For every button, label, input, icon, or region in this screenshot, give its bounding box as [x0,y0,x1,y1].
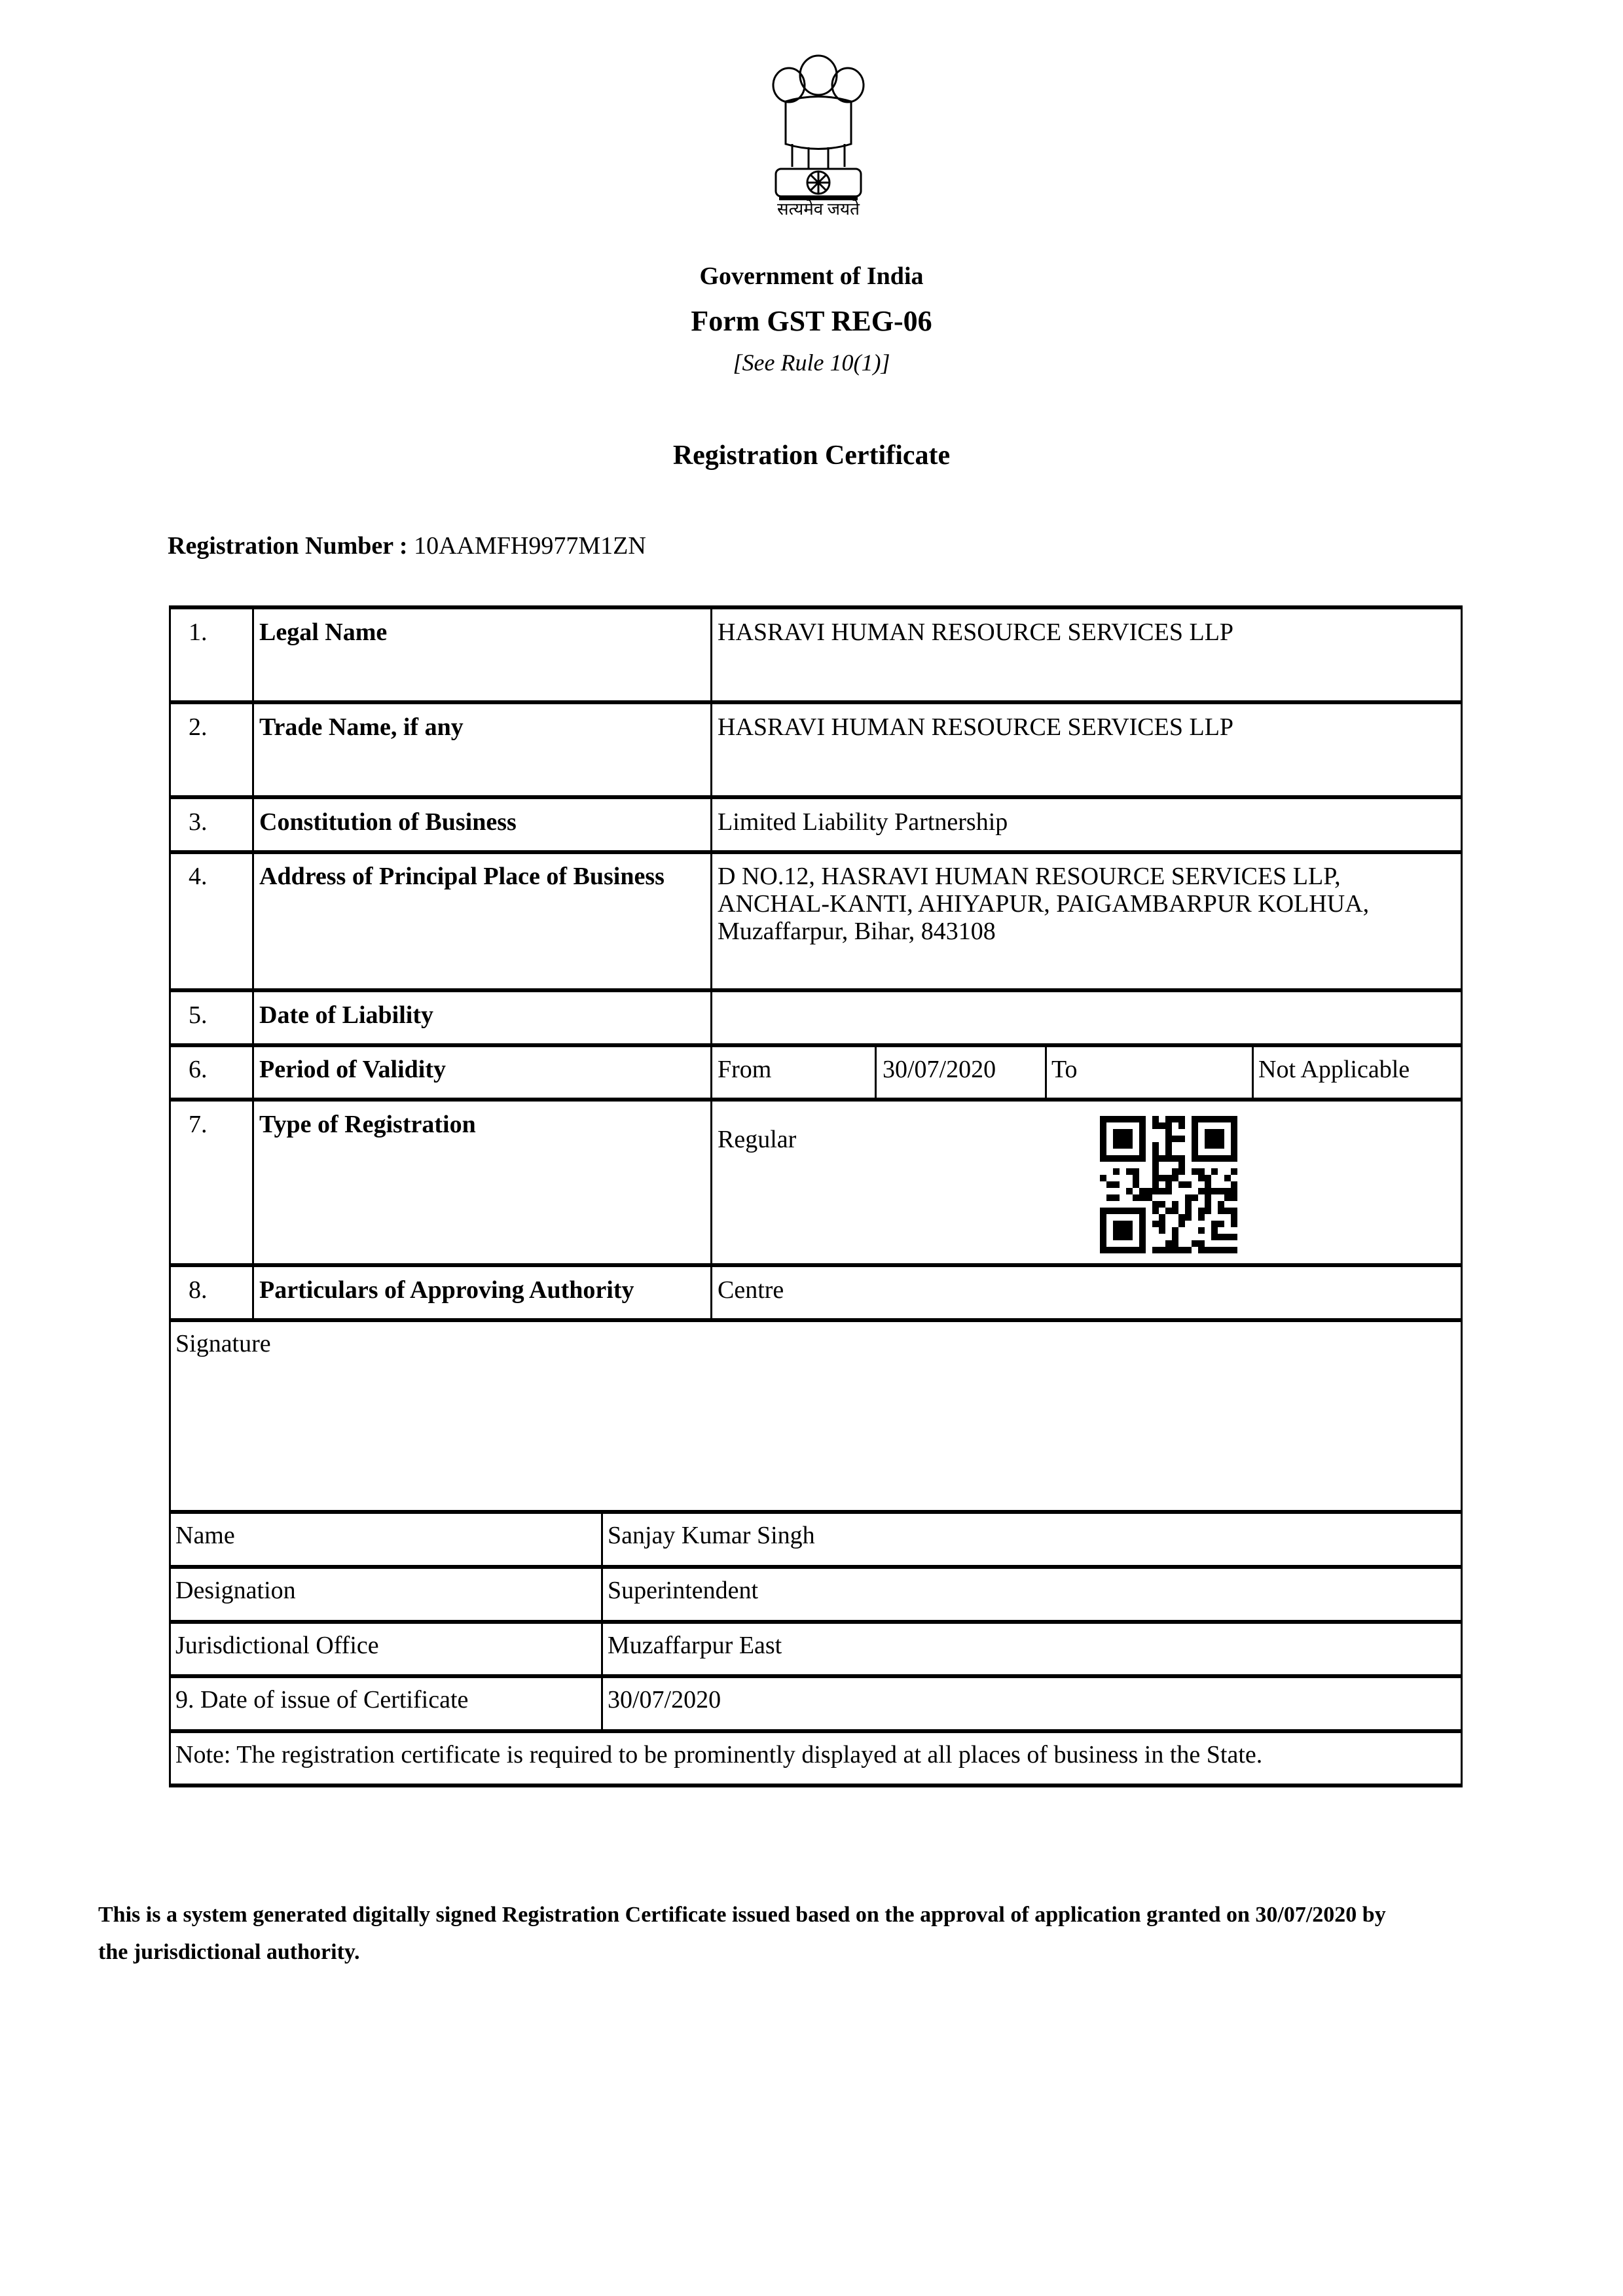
signature-label: Signature [175,1330,271,1357]
row-divider [169,1098,1463,1102]
notice-line-1: This is a system generated digitally sig… [98,1896,1539,1933]
column-divider [601,1512,603,1731]
trade-name-value: HASRAVI HUMAN RESOURCE SERVICES LLP [718,713,1233,741]
address-line-1: D NO.12, HASRAVI HUMAN RESOURCE SERVICES… [718,863,1341,890]
table-border [169,607,171,1787]
row-divider [169,1263,1463,1267]
display-note: Note: The registration certificate is re… [175,1741,1262,1768]
designation-label: Designation [175,1577,296,1604]
column-divider [875,1045,877,1100]
row-divider [169,1784,1463,1787]
address-label: Address of Principal Place of Business [259,863,678,890]
row-divider [169,988,1463,992]
date-of-issue-label: 9. Date of issue of Certificate [175,1686,468,1713]
row-divider [169,1620,1463,1624]
qr-code-icon [1100,1116,1237,1253]
rule-reference: [See Rule 10(1)] [0,349,1623,376]
validity-from-label: From [718,1056,771,1083]
validity-from-date: 30/07/2020 [883,1056,996,1083]
row-number: 1. [189,619,208,646]
column-divider [1252,1045,1254,1100]
officer-name-value: Sanjay Kumar Singh [608,1522,815,1549]
row-divider [169,1318,1463,1322]
row-divider [169,1674,1463,1678]
approving-authority-value: Centre [718,1276,784,1304]
row-divider [169,700,1463,704]
row-divider [169,850,1463,854]
type-of-registration-value: Regular [718,1126,796,1153]
officer-name-label: Name [175,1522,235,1549]
row-number: 2. [189,713,208,741]
row-number: 6. [189,1056,208,1083]
row-divider [169,1043,1463,1047]
date-of-issue-value: 30/07/2020 [608,1686,721,1713]
trade-name-label: Trade Name, if any [259,713,464,741]
legal-name-value: HASRAVI HUMAN RESOURCE SERVICES LLP [718,619,1233,646]
column-divider [710,607,712,1318]
jurisdictional-office-label: Jurisdictional Office [175,1632,379,1659]
row-number: 5. [189,1001,208,1029]
form-title: Form GST REG-06 [0,304,1623,338]
constitution-label: Constitution of Business [259,808,517,836]
validity-to-value: Not Applicable [1258,1056,1410,1083]
date-of-liability-label: Date of Liability [259,1001,433,1029]
address-line-2: ANCHAL-KANTI, AHIYAPUR, PAIGAMBARPUR KOL… [718,890,1369,918]
row-divider [169,605,1463,609]
row-number: 8. [189,1276,208,1304]
address-line-3: Muzaffarpur, Bihar, 843108 [718,918,996,945]
table-border [1461,607,1463,1787]
row-number: 4. [189,863,208,890]
row-number: 3. [189,808,208,836]
legal-name-label: Legal Name [259,619,387,646]
registration-number-line: Registration Number : 10AAMFH9977M1ZN [168,531,646,560]
designation-value: Superintendent [608,1577,758,1604]
row-number: 7. [189,1111,208,1138]
row-divider [169,1729,1463,1733]
row-divider [169,1510,1463,1514]
column-divider [1045,1045,1047,1100]
system-generated-notice: This is a system generated digitally sig… [98,1896,1539,1971]
constitution-value: Limited Liability Partnership [718,808,1008,836]
period-of-validity-label: Period of Validity [259,1056,446,1083]
emblem-motto: सत्यमेव जयते [720,196,917,220]
validity-to-label: To [1051,1056,1078,1083]
row-divider [169,795,1463,799]
registration-number-value: 10AAMFH9977M1ZN [414,532,646,560]
government-heading: Government of India [0,262,1623,291]
notice-line-2: the jurisdictional authority. [98,1933,1539,1971]
approving-authority-label: Particulars of Approving Authority [259,1276,634,1304]
type-of-registration-label: Type of Registration [259,1111,476,1138]
jurisdictional-office-value: Muzaffarpur East [608,1632,782,1659]
column-divider [252,607,254,1318]
registration-number-label: Registration Number : [168,532,408,560]
row-divider [169,1565,1463,1569]
certificate-title: Registration Certificate [0,440,1623,471]
